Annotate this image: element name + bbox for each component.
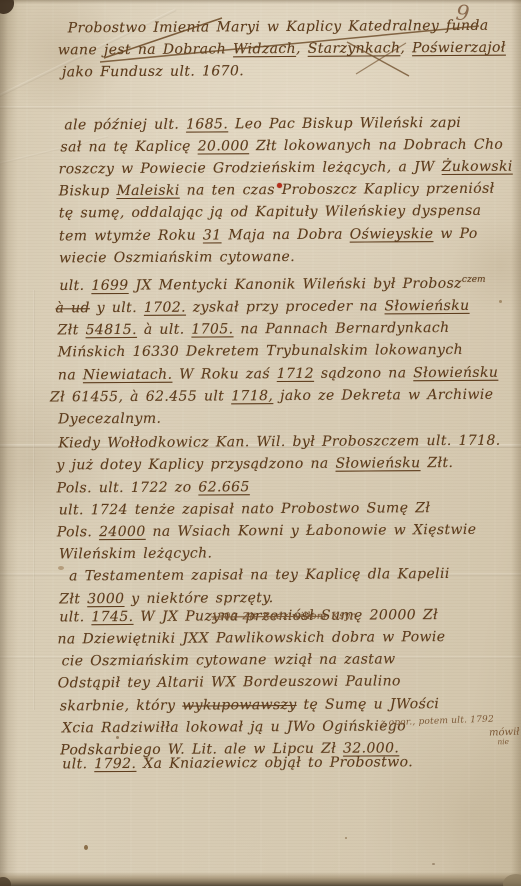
text-segment: Złt xyxy=(58,322,86,338)
marginal-note: z opor., potem ult. 1792 mówił nie xyxy=(380,714,521,751)
text-segment: a Testamentem zapisał na tey Kaplicę dla… xyxy=(69,566,450,584)
manuscript-line: y już dotey Kaplicy przysądzono na Słowi… xyxy=(56,452,512,477)
text-segment: , xyxy=(400,40,412,56)
text-segment: Wileńskim leżących. xyxy=(59,546,213,563)
text-segment: y niektóre sprzęty. xyxy=(124,590,273,607)
text-segment: Widzach xyxy=(233,41,296,57)
text-segment: Słowieńsku xyxy=(413,364,498,381)
manuscript-line: tę sumę, oddalając ją od Kapituły Wileńs… xyxy=(59,200,511,225)
paragraph: Kiedy Wołłodkowicz Kan. Wil. był Probosz… xyxy=(60,430,512,499)
text-segment: Poświerzajoł xyxy=(412,40,506,57)
text-segment: 3000 xyxy=(87,591,124,607)
text-segment: Dyecezalnym. xyxy=(58,411,161,428)
text-segment: Słowieńsku xyxy=(335,455,420,472)
text-segment: zyskał przy proceder na xyxy=(186,298,385,315)
text-segment: Złt xyxy=(59,591,87,607)
text-segment: y już dotey Kaplicy przysądzono na xyxy=(56,456,335,474)
text-segment: Pols. ult. 1722 zo xyxy=(57,479,199,496)
text-segment: skarbnie, który xyxy=(60,697,182,714)
text-segment: Złt. xyxy=(420,455,453,471)
ink-speck xyxy=(432,863,435,865)
text-segment: y ult. xyxy=(90,300,144,316)
text-segment: à ult. xyxy=(137,322,192,338)
text-segment: ult. xyxy=(59,609,91,625)
text-segment: ale później ult. xyxy=(64,116,186,133)
text-segment: 1699 xyxy=(91,278,128,294)
paragraph: ult. 1724 tenże zapisał nato Probostwo S… xyxy=(61,496,513,565)
paragraph: ult. 1792. Xa Kniaziewicz objął to Probo… xyxy=(62,751,514,776)
text-segment: Kiedy Wołłodkowicz Kan. Wil. był Probosz… xyxy=(58,433,500,452)
text-segment: roszczy w Powiecie Grodzieńskim leżących… xyxy=(59,159,442,177)
text-segment: Ksyr. xyxy=(326,611,357,622)
page-edge-bottom xyxy=(0,872,521,886)
text-segment: tę sumę, oddalając ją od Kapituły Wileńs… xyxy=(59,203,482,222)
manuscript-line: à ud y ult. 1702. zyskał przy proceder n… xyxy=(55,295,511,320)
marginal-note-line: nie xyxy=(497,737,521,747)
text-segment: Niewiatach. xyxy=(83,366,173,383)
page-edge-left xyxy=(0,0,18,886)
manuscript-line: Pols. ult. 1722 zo 62.665 xyxy=(56,474,512,499)
manuscript-page: 9 Probostwo Imienia Maryi w Kaplicy Kate… xyxy=(0,0,521,886)
text-segment: na Wsiach Kowni y Łabonowie w Xięstwie xyxy=(146,522,477,540)
text-segment: Starzynkach xyxy=(308,40,401,57)
manuscript-line: Biskup Maleiski na ten czas Proboszcz Ka… xyxy=(59,178,511,203)
text-segment: 1792. xyxy=(94,756,136,772)
text-segment: 1745. xyxy=(91,609,133,625)
page-edge-top xyxy=(0,0,521,4)
text-segment: 1500 Złt Radziwiłłom xyxy=(211,611,326,623)
text-segment: , xyxy=(296,41,308,57)
text-segment: Maleiski xyxy=(116,183,179,199)
manuscript-line: na Niewiatach. W Roku zaś 1712 sądzono n… xyxy=(58,361,512,386)
text-segment: Leo Pac Biskup Wileński zapi xyxy=(228,115,461,132)
text-segment: 54815. xyxy=(86,322,137,338)
text-segment: 20.000 xyxy=(198,138,249,154)
text-segment: sał na tę Kaplicę xyxy=(60,138,197,155)
text-segment: 1705. xyxy=(191,321,233,337)
manuscript-line: Probostwo Imienia Maryi w Kaplicy Katedr… xyxy=(68,15,510,40)
manuscript-line: Pols. 24000 na Wsiach Kowni y Łabonowie … xyxy=(57,519,513,544)
text-segment: sądzono na xyxy=(314,365,413,382)
text-segment: 1685. xyxy=(186,116,228,132)
text-segment: à ud xyxy=(55,300,89,316)
text-segment: Żukowski xyxy=(442,159,513,175)
paragraph: Probostwo Imienia Maryi w Kaplicy Katedr… xyxy=(58,15,510,84)
manuscript-line: cie Oszmiańskim cytowane wziął na zastaw xyxy=(62,648,514,673)
manuscript-line: Zł 61455, à 62.455 ult 1718, jako ze Dek… xyxy=(50,383,512,408)
text-segment: ult. 1724 tenże zapisał nato Probostwo S… xyxy=(59,500,431,518)
text-segment: na Pannach Bernardynkach xyxy=(233,320,449,337)
manuscript-line: Kiedy Wołłodkowicz Kan. Wil. był Probosz… xyxy=(58,430,512,455)
manuscript-line: jako Fundusz ult. 1670. xyxy=(62,59,510,84)
text-segment: cie Oszmiańskim cytowane wziął na zastaw xyxy=(62,651,396,669)
ink-speck xyxy=(84,845,88,850)
text-segment: na Dziewiętniki JXX Pawlikowskich dobra … xyxy=(57,629,445,647)
manuscript-line: skarbnie, który wykupowawszy tę Sumę u J… xyxy=(60,692,514,717)
text-segment: czem xyxy=(462,275,486,285)
paragraph: ale później ult. 1685. Leo Pac Biskup Wi… xyxy=(58,111,511,269)
text-segment: Xa Kniaziewicz objął to Probostwo. xyxy=(136,754,413,772)
fold-crease xyxy=(33,290,35,710)
text-segment: 1718, xyxy=(231,388,273,404)
text-segment: jako ze Dekreta w Archiwie xyxy=(273,386,493,403)
text-segment: tę Sumę u JWości xyxy=(297,696,440,713)
manuscript-text: Probostwo Imienia Maryi w Kaplicy Katedr… xyxy=(58,15,515,776)
text-segment: 62.665 xyxy=(198,479,249,495)
text-segment: Mińskich 16330 Dekretem Trybunalskim lok… xyxy=(58,342,463,360)
text-segment: tem wtymże Roku xyxy=(59,227,203,244)
manuscript-line: na Dziewiętniki JXX Pawlikowskich dobra … xyxy=(57,626,513,651)
text-segment: Odstąpił tey Altarii WX Bordeuszowi Paul… xyxy=(58,674,401,692)
text-segment: wiecie Oszmiańskim cytowane. xyxy=(59,249,295,266)
manuscript-line: a Testamentem zapisał na tey Kaplicę dla… xyxy=(69,563,513,588)
text-segment: 1702. xyxy=(144,300,186,316)
manuscript-line: ale później ult. 1685. Leo Pac Biskup Wi… xyxy=(64,111,510,136)
text-segment: Xcia Radziwiłła lokował ją u JWo Ogiński… xyxy=(62,718,406,736)
text-segment: ult. xyxy=(62,756,94,772)
manuscript-line: tem wtymże Roku 31 Maja na Dobra Oświeys… xyxy=(59,222,511,247)
text-segment: Zł 61455, à 62.455 ult xyxy=(50,388,231,405)
page-corner-curl xyxy=(503,874,521,886)
manuscript-line: sał na tę Kaplicę 20.000 Złt lokowanych … xyxy=(60,133,510,158)
text-segment: na xyxy=(58,367,83,383)
dark-corner-spot xyxy=(0,877,11,886)
text-segment: Oświeyskie xyxy=(350,226,434,243)
manuscript-line: ult. 1724 tenże zapisał nato Probostwo S… xyxy=(59,496,513,521)
manuscript-line: Wileńskim leżących. xyxy=(59,541,513,566)
text-segment: wykupowawszy xyxy=(182,696,296,713)
dark-corner-spot xyxy=(0,0,17,17)
manuscript-line: wane jest na Dobrach Widzach, Starzynkac… xyxy=(58,37,510,62)
text-segment: ult. xyxy=(59,278,91,294)
text-segment: W Roku zaś xyxy=(172,366,276,383)
text-segment: Słowieńsku xyxy=(384,298,469,315)
paragraph: ult. 1699 JX Mentycki Kanonik Wileński b… xyxy=(59,269,512,431)
ink-speck xyxy=(345,837,347,839)
manuscript-line: wiecie Oszmiańskim cytowane. xyxy=(59,244,511,269)
text-segment: jako Fundusz ult. 1670. xyxy=(62,64,244,81)
text-segment: wane jest na Dobrach xyxy=(58,42,233,59)
manuscript-line: Dyecezalnym. xyxy=(58,406,512,431)
manuscript-line: Odstąpił tey Altarii WX Bordeuszowi Paul… xyxy=(58,670,514,695)
text-segment: Probostwo Imienia Maryi w Kaplicy Katedr… xyxy=(68,18,489,37)
text-segment: w Po xyxy=(433,225,477,241)
text-segment: 1712 xyxy=(277,365,314,381)
text-segment: 31 xyxy=(203,227,222,243)
text-segment: Biskup xyxy=(59,183,117,199)
text-segment: na ten czas Proboszcz Kaplicy przeniósł xyxy=(180,181,495,199)
manuscript-line: roszczy w Powiecie Grodzieńskim leżących… xyxy=(59,156,511,181)
manuscript-line: Mińskich 16330 Dekretem Trybunalskim lok… xyxy=(58,339,512,364)
manuscript-line: ult. 1792. Xa Kniaziewicz objął to Probo… xyxy=(62,751,514,776)
text-segment: Złt lokowanych na Dobrach Cho xyxy=(249,136,503,154)
text-segment: Pols. xyxy=(57,524,99,540)
manuscript-line: ult. 1699 JX Mentycki Kanonik Wileński b… xyxy=(59,269,511,298)
text-segment: JX Mentycki Kanonik Wileński był Probosz xyxy=(129,276,462,294)
text-segment: Maja na Dobra xyxy=(221,226,349,243)
text-segment: 24000 xyxy=(99,524,146,540)
manuscript-line: Złt 54815. à ult. 1705. na Pannach Berna… xyxy=(58,317,512,342)
